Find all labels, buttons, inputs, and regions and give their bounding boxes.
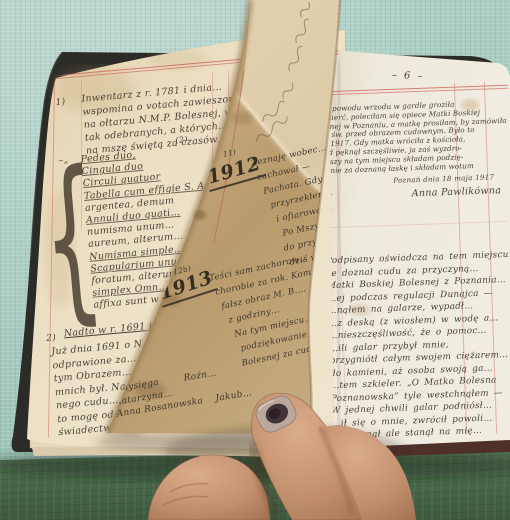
photo-open-manuscript: – 1 – 1) Inwentarz z r. 1781 i dnia…wspo… <box>0 0 510 520</box>
hand <box>0 0 510 520</box>
